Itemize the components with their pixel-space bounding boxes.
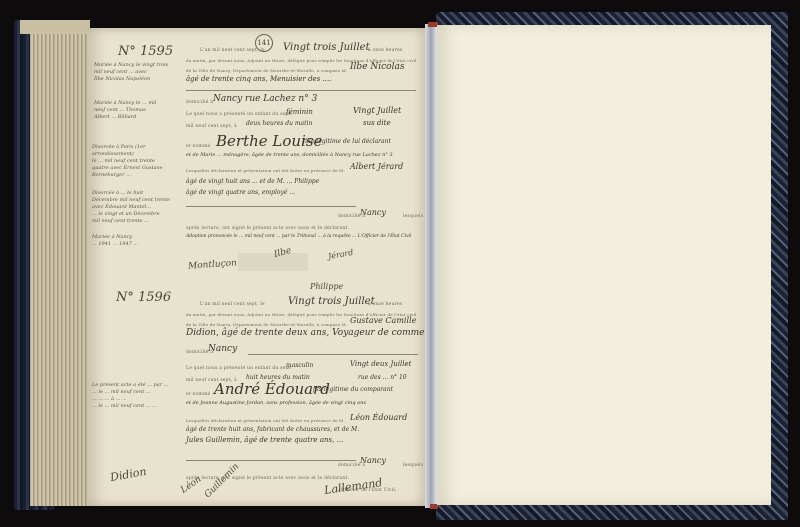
signature: Guillemin (203, 462, 241, 500)
handwritten-text: et de Marie ... ménagère, âgée de trente… (186, 152, 393, 158)
signature: Montluçon (188, 258, 238, 271)
handwritten-text: Didion, âgé de trente deux ans, Voyageur… (186, 328, 439, 338)
handwritten-text: Albert Jérard (350, 162, 403, 171)
page-block-top (20, 20, 90, 34)
signature: Didion (109, 465, 147, 484)
handwritten-text: Vingt deux Juillet (350, 360, 412, 368)
printed-text: et nommé (186, 144, 210, 149)
handwritten-address: Nancy (208, 344, 237, 354)
signature: Léon (179, 474, 203, 495)
page-block-edges (30, 26, 90, 506)
stamp (238, 253, 308, 271)
signature: Jérard (327, 248, 354, 261)
margin-note: Divorcée à Paris (1er arrondissement) le… (92, 144, 178, 179)
entry-number: N° 1596 (116, 290, 171, 305)
book-gutter (425, 24, 437, 508)
printed-text: à onze heures (368, 302, 402, 307)
printed-text: et nommé (186, 392, 210, 397)
printed-text: Lesquelles déclaration et présentation o… (186, 168, 345, 173)
handwritten-text: Vingt Juillet (353, 106, 401, 115)
handwritten-text: âgé de vingt quatre ans, employé ... (186, 189, 295, 196)
handwritten-date: Vingt trois Juillet (283, 42, 370, 53)
rule (186, 206, 356, 207)
handwritten-text: Nancy (360, 208, 386, 217)
printed-text: L'an mil neuf cent sept, le (200, 48, 265, 53)
handwritten-text: fille légitime de lui déclarant (303, 138, 391, 145)
handwritten-date: Vingt trois Juillet (288, 296, 375, 307)
handwritten-text: Léon Édouard (350, 413, 407, 422)
handwritten-text: Adoption prononcée le ... mil neuf cent … (186, 234, 411, 239)
margin-note: Mariée à Nancy ... 1941 ... 1947 ... (92, 234, 178, 248)
signature: Philippe (310, 282, 343, 291)
printed-text: à onze heures (368, 48, 402, 53)
handwritten-text: Jules Guillemin, âgé de trente quatre an… (186, 436, 343, 444)
left-page: 141 N° 1595 Mariée à Nancy le vingt troi… (88, 28, 425, 506)
margin-note: Divorcée à ... le huit Décembre mil neuf… (92, 190, 178, 225)
handwritten-name: Ilbe Nicolas (350, 62, 404, 72)
printed-text: L'an mil neuf cent sept, le (200, 302, 265, 307)
right-page-blank (437, 25, 771, 505)
rule (186, 460, 356, 461)
handwritten-address: Nancy rue Lachez n° 3 (213, 94, 317, 104)
handwritten-text: âgé de vingt huit ans ... et de M. ... P… (186, 178, 319, 185)
printed-text: lesquels (403, 463, 423, 468)
handwritten-text: sus dite (363, 119, 391, 127)
handwritten-text: et de Jeanne Augustine Jordan, sans prof… (186, 400, 366, 406)
printed-text: de la Ville de Nancy, Département de Meu… (186, 322, 347, 327)
margin-note: Le présent acte a été ... par ... ... le… (92, 382, 178, 410)
rule (186, 90, 416, 91)
handwritten-text: fils légitime du comparant (313, 386, 393, 393)
margin-note: Mariée à Nancy le ... mil neuf cent ... … (94, 100, 174, 121)
printed-text: après lecture, ont signé le présent acte… (186, 476, 349, 481)
printed-text: Lesquelles déclaration et présentation o… (186, 418, 345, 423)
printed-text: Le quel nous a présenté un enfant du sex… (186, 112, 291, 117)
printed-text: Le quel nous a présenté un enfant du sex… (186, 366, 291, 371)
margin-note: Mariée à Nancy le vingt trois mil neuf c… (94, 62, 174, 83)
handwritten-name: Gustave Camille (350, 316, 416, 325)
handwritten-text: Nancy (360, 456, 386, 465)
handwritten-text: âgé de trente cinq ans, Menuisier des ..… (186, 75, 331, 83)
printed-text: de la Ville de Nancy, Département de Meu… (186, 68, 347, 73)
printed-text: après lecture, ont signé le présent acte… (186, 226, 349, 231)
rule (248, 354, 418, 355)
entry-number: N° 1595 (118, 44, 173, 59)
handwritten-text: masculin (286, 362, 313, 369)
handwritten-text: âgé de trente huit ans, fabricant de cha… (186, 426, 359, 433)
handwritten-text: féminin (286, 108, 313, 116)
printed-text: lesquels (403, 214, 423, 219)
printed-text: domicilié à (186, 100, 213, 105)
handwritten-text: deux heures du matin (246, 120, 312, 127)
printed-text: mil neuf cent sept, à (186, 124, 237, 129)
handwritten-text: rue des ... n° 10 (358, 374, 407, 381)
